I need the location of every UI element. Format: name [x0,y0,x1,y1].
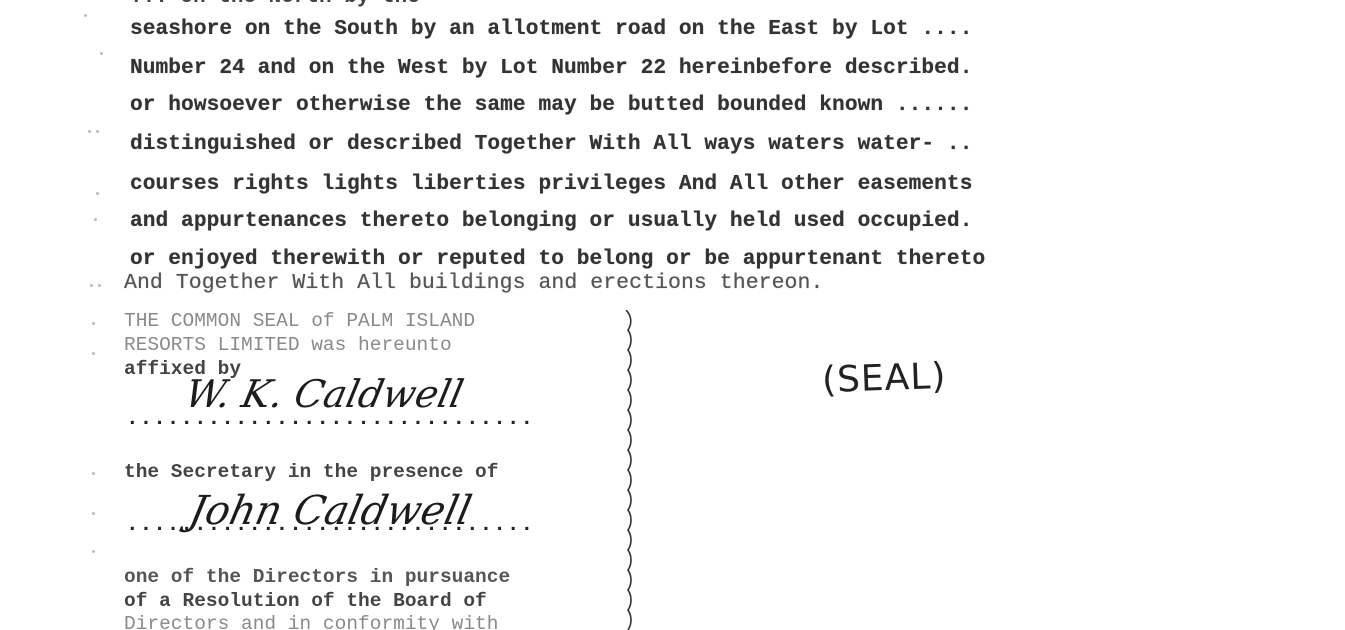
body-line: seashore on the South by an allotment ro… [130,17,972,41]
margin-speck [92,512,95,515]
body-line: courses rights lights liberties privileg… [130,172,972,196]
attestation-brace-icon [622,310,638,630]
body-line: or enjoyed therewith or reputed to belon… [130,247,985,271]
margin-speck [96,192,99,195]
body-line: and appurtenances thereto belonging or u… [130,209,972,233]
secretary-line: the Secretary in the presence of [124,461,498,483]
margin-speck [90,284,93,287]
signature-dotted-line: .............................. [126,408,534,431]
cut-off-top-line: ... on the North by the [130,0,420,9]
body-line: distinguished or described Together With… [130,132,972,156]
body-line: or howsoever otherwise the same may be b… [130,93,972,117]
margin-speck [92,352,95,355]
attestation-line: THE COMMON SEAL of PALM ISLAND [124,310,475,332]
document-page: ... on the North by the seashore on the … [0,0,1345,630]
director-line: one of the Directors in pursuance [124,566,510,588]
attestation-line: RESORTS LIMITED was hereunto [124,334,452,356]
margin-speck [96,130,99,133]
body-line: And Together With All buildings and erec… [124,271,823,295]
margin-speck [92,472,95,475]
margin-speck [92,322,95,325]
director-line: of a Resolution of the Board of [124,590,487,612]
margin-speck [88,130,91,133]
director-line: Directors and in conformity with [124,613,498,630]
margin-speck [100,52,103,55]
margin-speck [94,218,97,221]
seal-label: (SEAL) [821,356,947,401]
margin-speck [98,284,101,287]
margin-speck [92,550,95,553]
body-line: Number 24 and on the West by Lot Number … [130,56,972,80]
margin-speck [84,14,87,17]
signature-dotted-line: .............................. [126,514,534,537]
